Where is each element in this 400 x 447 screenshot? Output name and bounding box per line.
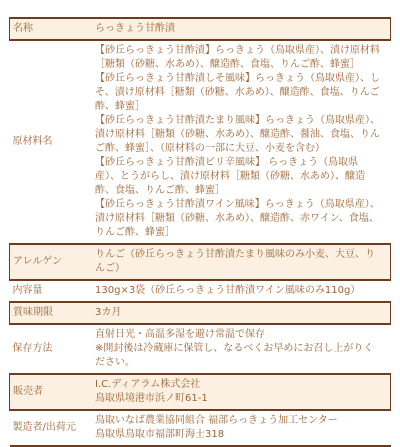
spec-row: 内容量130g×3袋（砂丘らっきょう甘酢漬ワイン風味のみ110g） — [10, 280, 391, 302]
spec-value-line: らっきょう甘酢漬 — [95, 22, 382, 36]
spec-value-line: 【砂丘らっきょう甘酢漬たまり風味】らっきょう（鳥取県産）、漬け原材料［糖類（砂糖… — [95, 114, 383, 156]
spec-row-label: アレルゲン — [10, 244, 88, 280]
spec-row: 保存方法直射日光・高温多湿を避け常温で保存※開封後は冷蔵庫に保管し、なるべくお早… — [10, 324, 391, 374]
spec-row-value: らっきょう甘酢漬 — [87, 18, 391, 40]
spec-value-line: 3カ月 — [95, 306, 382, 320]
product-spec-table: 名称らっきょう甘酢漬原材料名【砂丘らっきょう甘酢漬】らっきょう（鳥取県産）、漬け… — [9, 17, 391, 400]
spec-row: 名称らっきょう甘酢漬 — [10, 18, 391, 40]
spec-row-label: 内容量 — [10, 280, 88, 302]
spec-value-line: I.C.ディアラム株式会社 — [95, 378, 382, 392]
spec-value-line: 【砂丘らっきょう甘酢漬ピリ辛風味】 らっきょう（鳥取県産）、とうがらし、漬け原材… — [95, 156, 383, 198]
spec-row-value: りんご（砂丘らっきょう甘酢漬たまり風味のみ小麦、大豆、りんご） — [87, 244, 391, 280]
spec-value-line: 直射日光・高温多湿を避け常温で保存 — [95, 328, 383, 342]
spec-row: 販売者I.C.ディアラム株式会社鳥取県境港市浜ノ町61-1 — [10, 374, 391, 400]
spec-row-value: 3カ月 — [87, 302, 391, 324]
spec-row-label: 賞味期限 — [10, 302, 88, 324]
spec-row: 賞味期限3カ月 — [10, 302, 391, 324]
spec-row-value: 直射日光・高温多湿を避け常温で保存※開封後は冷蔵庫に保管し、なるべくお早めにお召… — [87, 324, 391, 374]
spec-row: 原材料名【砂丘らっきょう甘酢漬】らっきょう（鳥取県産）、漬け原材料［糖類（砂糖、… — [10, 40, 391, 244]
spec-value-line: 【砂丘らっきょう甘酢漬しそ風味】らっきょう（鳥取県産）、しそ、漬け原材料［糖類（… — [95, 72, 383, 114]
spec-value-line: 【砂丘らっきょう甘酢漬ワイン風味】らっきょう（鳥取県産）、漬け原材料［糖類（砂糖… — [95, 198, 383, 240]
spec-value-line: りんご（砂丘らっきょう甘酢漬たまり風味のみ小麦、大豆、りんご） — [95, 248, 382, 276]
spec-row-value: 【砂丘らっきょう甘酢漬】らっきょう（鳥取県産）、漬け原材料［糖類（砂糖、水あめ）… — [87, 40, 391, 244]
spec-row-value: 130g×3袋（砂丘らっきょう甘酢漬ワイン風味のみ110g） — [87, 280, 391, 302]
spec-value-line: 【砂丘らっきょう甘酢漬】らっきょう（鳥取県産）、漬け原材料［糖類（砂糖、水あめ）… — [95, 44, 383, 72]
spec-row-value: I.C.ディアラム株式会社鳥取県境港市浜ノ町61-1 — [87, 374, 391, 400]
spec-value-line: ※開封後は冷蔵庫に保管し、なるべくお早めにお召し上がりください。 — [95, 342, 383, 370]
spec-row-label: 保存方法 — [10, 324, 88, 374]
spec-row: アレルゲンりんご（砂丘らっきょう甘酢漬たまり風味のみ小麦、大豆、りんご） — [10, 244, 391, 280]
spec-row-label: 名称 — [10, 18, 88, 40]
spec-value-line: 130g×3袋（砂丘らっきょう甘酢漬ワイン風味のみ110g） — [95, 284, 383, 298]
spec-row-label: 原材料名 — [10, 40, 88, 244]
spec-row-label: 販売者 — [10, 374, 88, 400]
spec-value-line: 鳥取県境港市浜ノ町61-1 — [95, 392, 382, 400]
spec-table-body: 名称らっきょう甘酢漬原材料名【砂丘らっきょう甘酢漬】らっきょう（鳥取県産）、漬け… — [10, 18, 391, 400]
